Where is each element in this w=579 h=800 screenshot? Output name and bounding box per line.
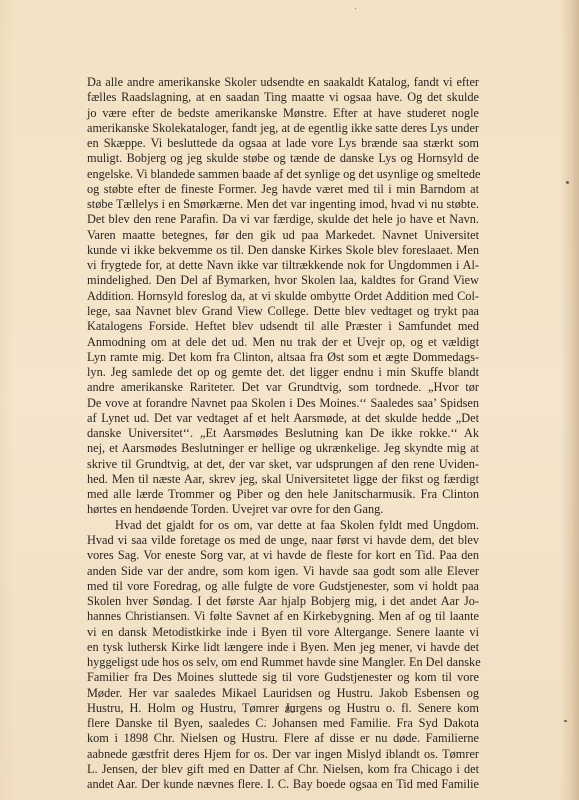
text-line: en Skæppe. Vi besluttede da ogsaa at lad…: [87, 136, 479, 151]
scan-speck: [265, 720, 266, 721]
text-line: og støbte efter de fineste Former. Jeg h…: [87, 182, 479, 197]
text-line: engelske. Vi blandede sammen baade af de…: [87, 167, 479, 182]
text-line: vores Sag. Vor eneste Sorg var, at vi ha…: [87, 548, 479, 563]
text-line: hørtes en hendøende Torden. Uvejret var …: [87, 502, 479, 517]
page-number: 80: [282, 705, 298, 716]
text-line: Da alle andre amerikanske Skoler udsendt…: [87, 75, 479, 90]
text-line: jo være efter de bedste amerikanske Møns…: [87, 106, 479, 121]
text-line: nej, et Aarsmødes Beslutninger er hellig…: [87, 441, 479, 456]
text-line: Anmodning om at dele det ud. Men nu trak…: [87, 335, 479, 350]
text-line: med alle lærde Trommer og Piber og den h…: [87, 487, 479, 502]
text-line: hed. Men til næste Aar, skrev jeg, skal …: [87, 472, 479, 487]
text-line: anden Side var der andre, som kom igen. …: [87, 564, 479, 579]
text-line: kom i 1898 Chr. Nielsen og Hustru. Flere…: [87, 731, 479, 746]
text-line: med til vore Foredrag, og alle fulgte de…: [87, 579, 479, 594]
text-line: lege, saa Navnet blev Grand View College…: [87, 304, 479, 319]
text-line: Hvad vi saa vilde foretage os med de ung…: [87, 533, 479, 548]
text-line: vi frygtede for, at dette Navn ikke var …: [87, 258, 479, 273]
text-line: danske Universitet‘‘. „Et Aarsmødes Besl…: [87, 426, 479, 441]
text-line: skrive til Grundtvig, at det, der var sk…: [87, 457, 479, 472]
scan-speck: [355, 8, 356, 9]
text-line: andet Aar. Der kunde nævnes flere. I. C.…: [87, 777, 479, 792]
paragraph-2: Hvad det gjaldt for os om, var dette at …: [87, 518, 479, 793]
text-line: andre amerikanske Rariteter. Det var Gru…: [87, 380, 479, 395]
text-line: aabnede gæstfrit deres Hjem for os. Der …: [87, 747, 479, 762]
text-line: Møder. Her var saaledes Mikael Lauridsen…: [87, 686, 479, 701]
body-text: Da alle andre amerikanske Skoler udsendt…: [87, 75, 479, 792]
text-line: Lyn ramte mig. Det kom fra Clinton, alts…: [87, 350, 479, 365]
text-line: lyn. Jeg samlede det op og gemte det. de…: [87, 365, 479, 380]
scan-speck: [566, 181, 569, 184]
text-line: kunde vi ikke bekvemme os til. Den dansk…: [87, 243, 479, 258]
text-line: støbe Tællelys i en Smørkærne. Men det v…: [87, 197, 479, 212]
text-line: fælles Raadslagning, at en saadan Ting m…: [87, 90, 479, 105]
text-line: Familier fra Des Moines sluttede sig til…: [87, 670, 479, 685]
text-line: flere Danske til Byen, saaledes C. Johan…: [87, 716, 479, 731]
text-line: Det blev den rene Parafin. Da vi var fær…: [87, 212, 479, 227]
scan-speck: [564, 720, 567, 722]
text-line: hyggeligst ude hos os selv, om end Rumme…: [87, 655, 479, 670]
text-line: hannes Christiansen. Vi følte Savnet af …: [87, 609, 479, 624]
text-line: L. Jensen, der blev gift med en Datter a…: [87, 762, 479, 777]
text-line: muligt. Bobjerg og jeg skulde støbe og t…: [87, 151, 479, 166]
text-line: Katalogens Forside. Heftet blev udsendt …: [87, 319, 479, 334]
text-line: Hvad det gjaldt for os om, var dette at …: [87, 518, 479, 533]
text-line: Skolen hver Søndag. I det første Aar hja…: [87, 594, 479, 609]
text-line: vi en dansk Metodistkirke inde i Byen ti…: [87, 625, 479, 640]
text-line: amerikanske Skolekataloger, fandt jeg, a…: [87, 121, 479, 136]
text-line: Varen maatte betegnes, før den gik ud pa…: [87, 228, 479, 243]
text-line: af Lynet ud. Det var vedtaget af et helt…: [87, 411, 479, 426]
text-line: De vove at forandre Navnet paa Skolen i …: [87, 396, 479, 411]
text-line: Addition. Hornsyld foreslog da, at vi sk…: [87, 289, 479, 304]
scanned-book-page: Da alle andre amerikanske Skoler udsendt…: [0, 0, 579, 800]
text-line: mindelighed. Den Del af Bymarken, hvor S…: [87, 273, 479, 288]
paragraph-1: Da alle andre amerikanske Skoler udsendt…: [87, 75, 479, 518]
text-line: en tysk luthersk Kirke lidt længere inde…: [87, 640, 479, 655]
